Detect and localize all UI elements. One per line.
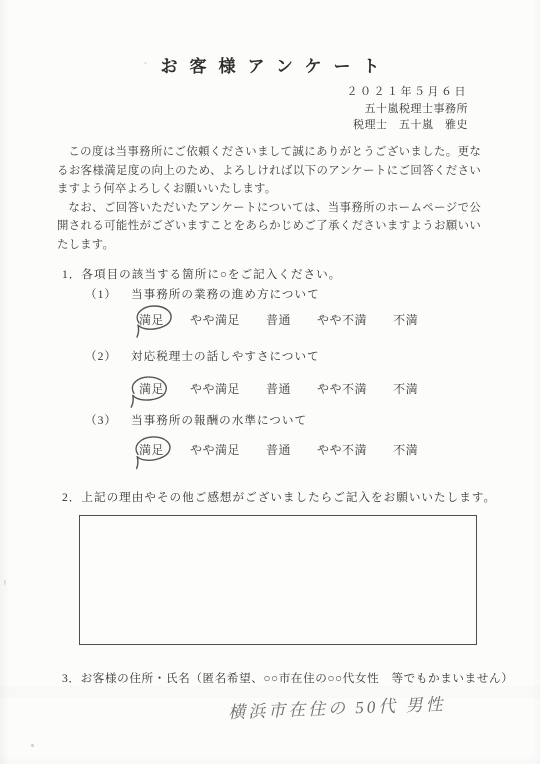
- option-dissatisfied: 不満: [393, 380, 418, 397]
- handwritten-answer: 横浜市在住の 50代 男性: [228, 690, 446, 723]
- document-header: ２０２１年５月６日 五十嵐税理士事務所 税理士 五十嵐 雅史: [347, 84, 469, 134]
- question-2: （2）対応税理士の話しやすさについて: [85, 348, 320, 364]
- option-dissatisfied: 不満: [393, 441, 418, 458]
- scanned-survey-page: お客様アンケート ２０２１年５月６日 五十嵐税理士事務所 税理士 五十嵐 雅史 …: [0, 0, 540, 764]
- option-somewhat-dissatisfied: やや不満: [317, 380, 367, 397]
- option-neutral: 普通: [266, 380, 291, 397]
- comment-box: [79, 515, 477, 645]
- option-somewhat-satisfied: やや満足: [190, 311, 240, 328]
- intro-text: この度は当事務所にご依頼くださいまして誠にありがとうございました。更なるお客様満…: [57, 143, 481, 255]
- intro-paragraph-1: この度は当事務所にご依頼くださいまして誠にありがとうございました。更なるお客様満…: [57, 143, 481, 199]
- question-1-number: （1）: [85, 288, 117, 301]
- option-somewhat-satisfied: やや満足: [190, 380, 240, 397]
- scan-speck: [4, 580, 6, 585]
- question-2-number: （2）: [85, 350, 117, 363]
- survey-date: ２０２１年５月６日: [347, 84, 469, 101]
- question-1-options: 満足 やや満足 普通 やや不満 不満: [139, 311, 418, 328]
- question-3: （3）当事務所の報酬の水準について: [85, 412, 307, 428]
- question-3-text: 当事務所の報酬の水準について: [131, 414, 307, 427]
- question-2-text: 対応税理士の話しやすさについて: [131, 350, 320, 363]
- scan-speck: [31, 744, 34, 747]
- section3-heading: 3．お客様の住所・氏名（匿名希望、○○市在住の○○代女性 等でもかまいません）: [62, 670, 513, 686]
- tax-accountant-name: 税理士 五十嵐 雅史: [347, 117, 469, 134]
- question-2-options: 満足 やや満足 普通 やや不満 不満: [139, 380, 418, 397]
- question-3-number: （3）: [85, 414, 117, 427]
- question-3-options: 満足 やや満足 普通 やや不満 不満: [139, 441, 418, 458]
- section1-heading: 1．各項目の該当する箇所に○をご記入ください。: [62, 266, 341, 282]
- question-1-text: 当事務所の業務の進め方について: [131, 288, 320, 301]
- option-satisfied: 満足: [139, 441, 164, 458]
- question-1: （1）当事務所の業務の進め方について: [85, 286, 320, 302]
- page-title: お客様アンケート: [0, 52, 540, 77]
- option-somewhat-satisfied: やや満足: [190, 441, 240, 458]
- intro-paragraph-2: なお、ご回答いただいたアンケートについては、当事務所のホームページで公開される可…: [57, 199, 481, 255]
- section2-heading: 2．上記の理由やその他ご感想がございましたらご記入をお願いいたします。: [62, 489, 496, 505]
- office-name: 五十嵐税理士事務所: [347, 101, 469, 118]
- option-neutral: 普通: [266, 311, 291, 328]
- option-somewhat-dissatisfied: やや不満: [317, 441, 367, 458]
- option-neutral: 普通: [266, 441, 291, 458]
- option-somewhat-dissatisfied: やや不満: [317, 311, 367, 328]
- option-satisfied: 満足: [139, 380, 164, 397]
- option-dissatisfied: 不満: [393, 311, 418, 328]
- option-satisfied: 満足: [139, 311, 164, 328]
